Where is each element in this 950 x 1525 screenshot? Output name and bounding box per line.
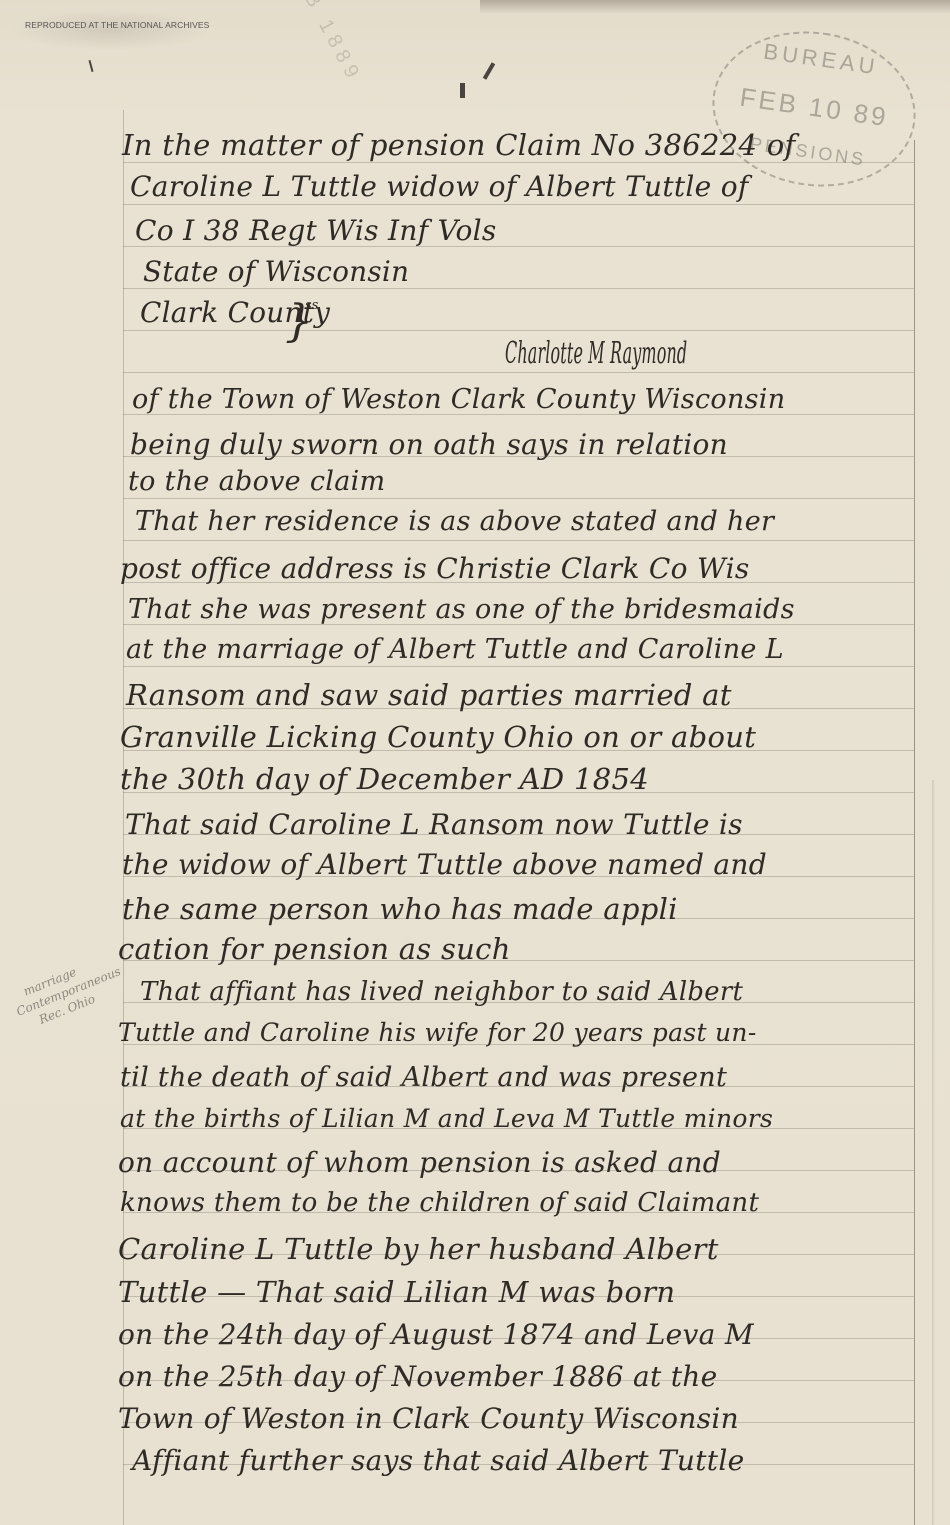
- ruled-line: [123, 330, 914, 331]
- ruled-line: [123, 372, 914, 373]
- body-line-16: the 30th day of December AD 1854: [120, 762, 910, 796]
- body-line-26: knows them to be the children of said Cl…: [120, 1188, 910, 1218]
- ink-mark-center-2: [483, 62, 495, 80]
- body-line-31: Town of Weston in Clark County Wisconsin: [118, 1402, 908, 1435]
- body-line-18: the widow of Albert Tuttle above named a…: [122, 848, 912, 881]
- body-line-14: Ransom and saw said parties married at: [126, 678, 916, 712]
- body-line-28: Tuttle — That said Lilian M was born: [118, 1275, 908, 1309]
- ink-mark-left: [88, 60, 93, 72]
- body-line-32: Affiant further says that said Albert Tu…: [132, 1444, 922, 1477]
- venue-ss: ss: [305, 298, 318, 313]
- ruled-line: [123, 498, 914, 499]
- document-page: REPRODUCED AT THE NATIONAL ARCHIVES FEB …: [0, 0, 950, 1525]
- ruled-line: [123, 666, 914, 667]
- venue-state: State of Wisconsin: [143, 255, 925, 288]
- left-margin-rule: [123, 110, 124, 1525]
- ruled-line: [123, 162, 914, 163]
- body-line-20: cation for pension as such: [118, 932, 908, 966]
- body-line-23: til the death of said Albert and was pre…: [120, 1062, 910, 1093]
- body-line-19: the same person who has made appli: [122, 892, 912, 926]
- venue-county: Clark County: [140, 296, 925, 329]
- body-line-29: on the 24th day of August 1874 and Leva …: [118, 1318, 908, 1351]
- page-edge: [932, 780, 935, 1525]
- archive-watermark: REPRODUCED AT THE NATIONAL ARCHIVES: [25, 20, 209, 30]
- affiant-name: Charlotte M Raymond: [505, 336, 925, 371]
- body-line-17: That said Caroline L Ransom now Tuttle i…: [125, 808, 915, 841]
- body-line-25: on account of whom pension is asked and: [118, 1146, 908, 1179]
- caption-line-3: Co I 38 Regt Wis Inf Vols: [135, 214, 925, 247]
- body-line-27: Caroline L Tuttle by her husband Albert: [118, 1232, 908, 1266]
- body-line-11: post office address is Christie Clark Co…: [120, 552, 910, 585]
- body-line-7: of the Town of Weston Clark County Wisco…: [132, 384, 922, 415]
- body-line-12: That she was present as one of the bride…: [128, 594, 918, 625]
- faint-received-stamp: FEB 1889: [281, 0, 366, 87]
- body-line-21: That affiant has lived neighbor to said …: [140, 977, 925, 1007]
- body-line-30: on the 25th day of November 1886 at the: [118, 1360, 908, 1393]
- margin-annotation: marriage Contemporaneous Rec. Ohio: [8, 948, 129, 1034]
- ink-mark-center: [460, 83, 465, 98]
- body-line-13: at the marriage of Albert Tuttle and Car…: [126, 634, 916, 665]
- body-line-24: at the births of Lilian M and Leva M Tut…: [120, 1104, 910, 1133]
- scan-smudge: [10, 10, 210, 50]
- body-line-9: to the above claim: [128, 466, 918, 497]
- ruled-line: [123, 540, 914, 541]
- body-line-15: Granville Licking County Ohio on or abou…: [120, 720, 910, 754]
- stamp-line-1: BUREAU: [720, 33, 922, 87]
- caption-line-2: Caroline L Tuttle widow of Albert Tuttle…: [130, 170, 920, 203]
- body-line-22: Tuttle and Caroline his wife for 20 year…: [118, 1018, 908, 1047]
- caption-line-1: In the matter of pension Claim No 386224…: [122, 128, 912, 162]
- ruled-line: [123, 204, 914, 205]
- body-line-10: That her residence is as above stated an…: [135, 506, 925, 537]
- body-line-8: being duly sworn on oath says in relatio…: [130, 428, 920, 461]
- scan-top-shadow: [480, 0, 950, 14]
- ruled-line: [123, 288, 914, 289]
